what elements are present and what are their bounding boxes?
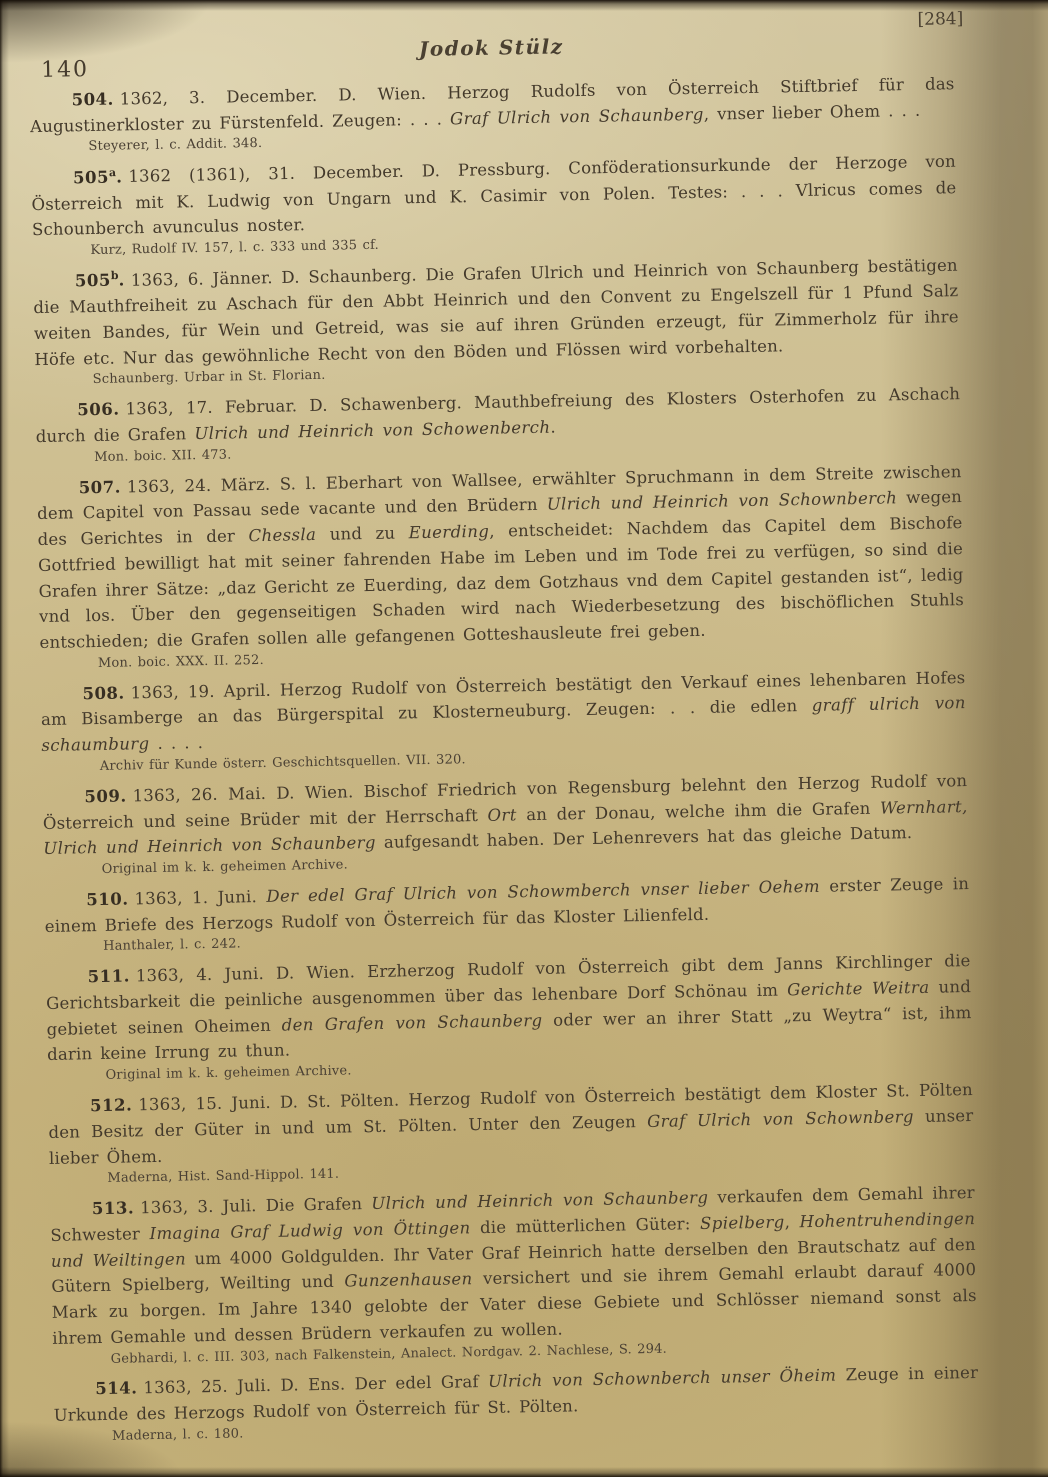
entry-text-italic: Chessla bbox=[248, 525, 316, 545]
entry-text-italic: Imagina Graf Ludwig von Öttingen bbox=[149, 1218, 470, 1243]
entry-number: 505a. bbox=[73, 167, 123, 187]
entry-number: 512. bbox=[90, 1095, 133, 1115]
entry-number: 508. bbox=[82, 683, 125, 703]
running-title: Jodok Stülz bbox=[29, 27, 954, 68]
entry-text: die mütterlichen Güter: bbox=[470, 1214, 700, 1237]
entry-text-italic: den Grafen von Schaunberg bbox=[282, 1011, 543, 1035]
regesta-entries: 504.1362, 3. December. D. Wien. Herzog R… bbox=[29, 71, 979, 1447]
entry-number: 507. bbox=[79, 477, 122, 497]
entry-text-italic: Ulrich und Heinrich von Schownberch bbox=[547, 489, 898, 514]
bracket-folio-number: [284] bbox=[917, 9, 963, 30]
entry-text-italic: Ort bbox=[487, 805, 517, 825]
entry-text-italic: Spielberg bbox=[700, 1212, 785, 1233]
entry-text: . . . . bbox=[149, 733, 203, 753]
entry-number: 505b. bbox=[75, 271, 125, 291]
entry-text-italic: Ulrich und Heinrich von Schowenberch bbox=[194, 418, 550, 444]
entry-text-italic: Euerding bbox=[409, 522, 490, 542]
entry-paragraph: 507.1363, 24. März. S. l. Eberhart von W… bbox=[37, 459, 965, 656]
entry-text: 1362 (1361), 31. December. D. Pressburg.… bbox=[31, 152, 956, 239]
page-content: 140 Jodok Stülz [284] 504.1362, 3. Decem… bbox=[28, 13, 979, 1455]
entry-text: an der Donau, welche ihm die Grafen bbox=[517, 798, 881, 824]
entry-text-italic: Der edel Graf Ulrich von Schowmberch vns… bbox=[266, 877, 820, 906]
entry-number: 506. bbox=[77, 400, 120, 420]
entry-text-italic: Gunzenhausen bbox=[344, 1270, 473, 1291]
entry-text: und zu bbox=[316, 523, 409, 544]
entry-text: , vnser lieber Ohem . . . bbox=[704, 101, 921, 124]
entry-paragraph: 505b.1363, 6. Jänner. D. Schaunberg. Die… bbox=[33, 252, 960, 372]
entry-text: . bbox=[550, 418, 556, 437]
entry-number: 514. bbox=[95, 1379, 138, 1399]
entry-text-italic: Graf Ulrich von Schownberg bbox=[647, 1107, 914, 1131]
entry-text: 1363, 25. Juli. D. Ens. Der edel Graf bbox=[143, 1372, 488, 1397]
entry-number: 513. bbox=[92, 1199, 135, 1219]
entry-number: 510. bbox=[86, 889, 129, 909]
entry-paragraph: 511.1363, 4. Juni. D. Wien. Erzherzog Ru… bbox=[45, 948, 972, 1068]
entry-text: 1363, 1. Juni. bbox=[134, 887, 266, 908]
entry-text-italic: Graf Ulrich von Schaunberg bbox=[450, 105, 704, 129]
entry-text: 1363, 6. Jänner. D. Schaunberg. Die Graf… bbox=[33, 256, 959, 369]
entry-text-italic: Ulrich von Schownberch unser Öheim bbox=[488, 1366, 837, 1391]
entry-text: , bbox=[784, 1212, 799, 1231]
entry-paragraph: 513.1363, 3. Juli. Die Grafen Ulrich und… bbox=[50, 1180, 978, 1351]
entry-text-italic: Gerichte Weitra bbox=[787, 978, 930, 1000]
entry-text: 1363, 3. Juli. Die Grafen bbox=[140, 1194, 372, 1217]
entry-number: 511. bbox=[88, 967, 131, 987]
entry-text-italic: Ulrich und Heinrich von Schaunberg bbox=[371, 1188, 708, 1213]
entry-number: 504. bbox=[71, 90, 114, 110]
entry-number: 509. bbox=[84, 786, 127, 806]
